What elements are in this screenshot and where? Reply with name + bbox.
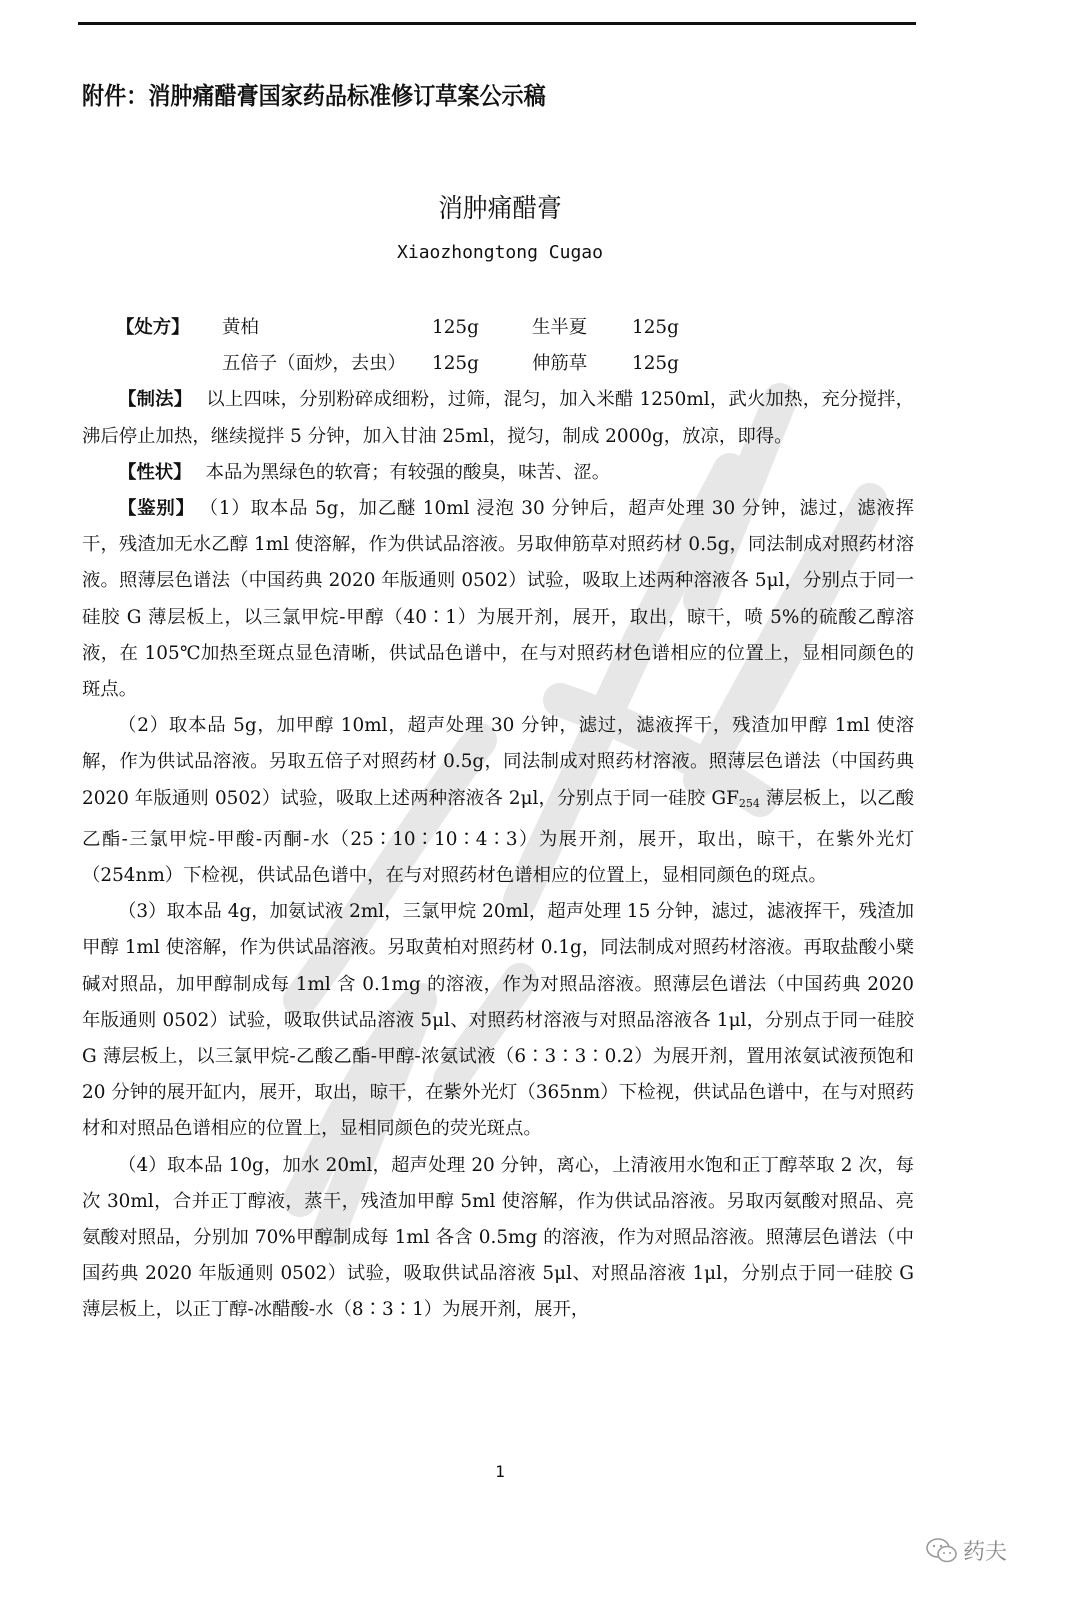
header-rule [78, 22, 916, 25]
method-label: 【制法】 [118, 389, 192, 410]
attachment-title: 附件：消肿痛醋膏国家药品标准修订草案公示稿 [82, 76, 546, 111]
herb-name: 伸筋草 [532, 346, 632, 382]
description-section: 【性状】本品为黑绿色的软膏；有较强的酸臭，味苦、涩。 [82, 455, 914, 491]
prescription-row: 【处方】 黄柏 125g 生半夏 125g [82, 310, 914, 346]
method-section: 【制法】以上四味，分别粉碎成细粉，过筛，混匀，加入米醋 1250ml，武火加热，… [82, 382, 914, 454]
prescription-row: 五倍子（面炒，去虫） 125g 伸筋草 125g [82, 346, 914, 382]
herb-name: 黄柏 [222, 310, 432, 346]
page-number: 1 [0, 1462, 1000, 1481]
document-title: 消肿痛醋膏 [25, 188, 975, 225]
herb-qty: 125g [632, 346, 679, 382]
identification-section: 【鉴别】（1）取本品 5g，加乙醚 10ml 浸泡 30 分钟后，超声处理 30… [82, 491, 914, 708]
document-pinyin: Xiaozhongtong Cugao [0, 242, 1000, 263]
brand-name: 药夫 [963, 1535, 1007, 1566]
identification-para-4: （4）取本品 10g，加水 20ml，超声处理 20 分钟，离心，上清液用水饱和… [82, 1148, 914, 1329]
document-body: 【处方】 黄柏 125g 生半夏 125g 五倍子（面炒，去虫） 125g 伸筋… [82, 310, 914, 1329]
herb-name: 生半夏 [532, 310, 632, 346]
herb-name: 五倍子（面炒，去虫） [222, 346, 432, 382]
herb-qty: 125g [632, 310, 679, 346]
herb-qty: 125g [432, 310, 532, 346]
method-text: 以上四味，分别粉碎成细粉，过筛，混匀，加入米醋 1250ml，武火加热，充分搅拌… [82, 389, 914, 446]
identification-label: 【鉴别】 [118, 498, 195, 519]
wechat-icon [925, 1537, 959, 1565]
herb-qty: 125g [432, 346, 532, 382]
prescription-section: 【处方】 黄柏 125g 生半夏 125g 五倍子（面炒，去虫） 125g 伸筋… [82, 310, 914, 382]
identification-para-1: （1）取本品 5g，加乙醚 10ml 浸泡 30 分钟后，超声处理 30 分钟，… [82, 498, 914, 700]
brand-watermark: 药夫 [925, 1535, 1007, 1566]
identification-para-3: （3）取本品 4g，加氨试液 2ml，三氯甲烷 20ml，超声处理 15 分钟，… [82, 894, 914, 1147]
description-label: 【性状】 [118, 462, 192, 483]
identification-para-2: （2）取本品 5g，加甲醇 10ml，超声处理 30 分钟，滤过，滤液挥干，残渣… [82, 708, 914, 894]
description-text: 本品为黑绿色的软膏；有较强的酸臭，味苦、涩。 [206, 462, 611, 483]
prescription-label: 【处方】 [82, 310, 222, 346]
